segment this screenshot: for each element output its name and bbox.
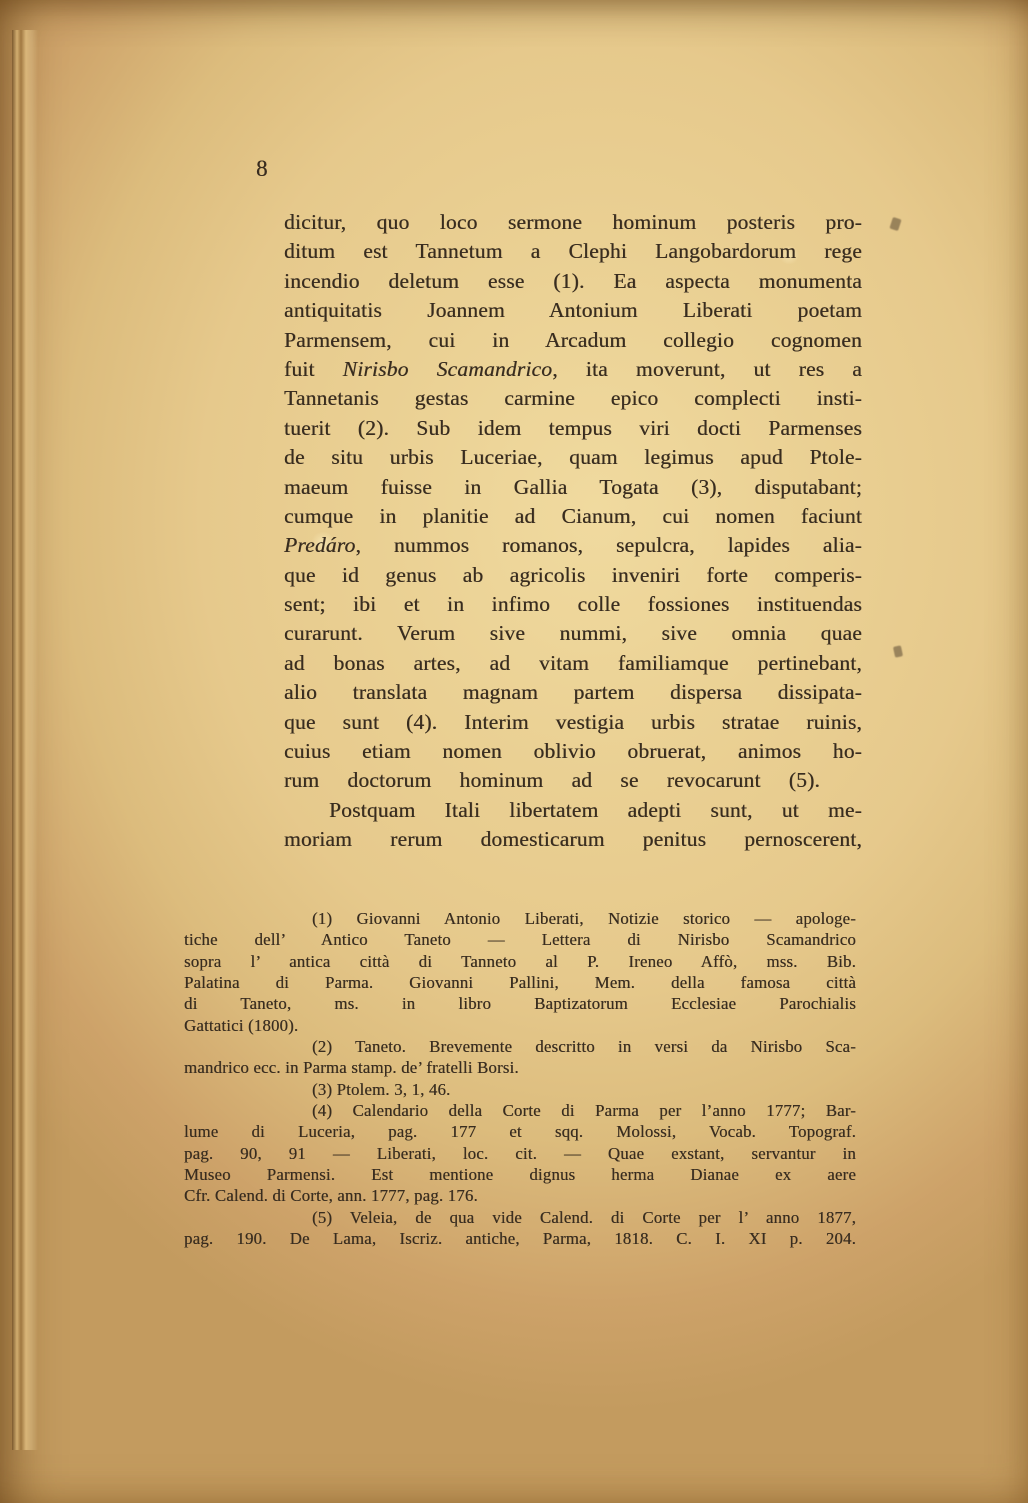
body-text-line: dicitur, quo loco sermone hominum poster… — [284, 208, 862, 237]
footnote-line: (2) Taneto. Brevemente descritto in vers… — [184, 1036, 856, 1057]
body-text-line: antiquitatis Joannem Antonium Liberati p… — [284, 296, 862, 325]
body-text-block: dicitur, quo loco sermone hominum poster… — [284, 208, 862, 855]
footnote-line: (5) Veleia, de qua vide Calend. di Corte… — [184, 1207, 856, 1228]
body-text-line: incendio deletum esse (1). Ea aspecta mo… — [284, 267, 862, 296]
body-text-line: Tannetanis gestas carmine epico complect… — [284, 384, 862, 413]
footnotes-block: (1) Giovanni Antonio Liberati, Notizie s… — [184, 908, 856, 1250]
footnote-line: Palatina di Parma. Giovanni Pallini, Mem… — [184, 972, 856, 993]
body-text-line: que id genus ab agricolis inveniri forte… — [284, 561, 862, 590]
body-text-line: Parmensem, cui in Arcadum collegio cogno… — [284, 326, 862, 355]
body-text-line: cumque in planitie ad Cianum, cui nomen … — [284, 502, 862, 531]
body-text-line: moriam rerum domesticarum penitus pernos… — [284, 825, 862, 854]
body-text-line: Predáro, nummos romanos, sepulcra, lapid… — [284, 531, 862, 560]
footnote-line: mandrico ecc. in Parma stamp. de’ fratel… — [184, 1057, 856, 1078]
body-text-line: cuius etiam nomen oblivio obruerat, anim… — [284, 737, 862, 766]
footnote-line: lume di Luceria, pag. 177 et sqq. Moloss… — [184, 1121, 856, 1142]
footnote-line: (4) Calendario della Corte di Parma per … — [184, 1100, 856, 1121]
body-text-line: alio translata magnam partem dispersa di… — [284, 678, 862, 707]
body-text-line: maeum fuisse in Gallia Togata (3), dispu… — [284, 473, 862, 502]
body-text-line: rum doctorum hominum ad se revocarunt (5… — [284, 766, 862, 795]
footnote-line: (1) Giovanni Antonio Liberati, Notizie s… — [184, 908, 856, 929]
footnote-line: tiche dell’ Antico Taneto — Lettera di N… — [184, 929, 856, 950]
footnote-line: pag. 90, 91 — Liberati, loc. cit. — Quae… — [184, 1143, 856, 1164]
body-text-line: que sunt (4). Interim vestigia urbis str… — [284, 708, 862, 737]
body-text-line: sent; ibi et in infimo colle fossiones i… — [284, 590, 862, 619]
body-text-line: tuerit (2). Sub idem tempus viri docti P… — [284, 414, 862, 443]
footnote-line: Museo Parmensi. Est mentione dignus herm… — [184, 1164, 856, 1185]
footnote-line: (3) Ptolem. 3, 1, 46. — [184, 1079, 856, 1100]
body-text-line: fuit Nirisbo Scamandrico, ita moverunt, … — [284, 355, 862, 384]
footnote-line: di Taneto, ms. in libro Baptizatorum Ecc… — [184, 993, 856, 1014]
body-text-line: ad bonas artes, ad vitam familiamque per… — [284, 649, 862, 678]
page-content: 8 dicitur, quo loco sermone hominum post… — [0, 0, 1028, 1503]
body-text-line: Postquam Itali libertatem adepti sunt, u… — [284, 796, 862, 825]
footnote-line: pag. 190. De Lama, Iscriz. antiche, Parm… — [184, 1228, 856, 1249]
body-text-line: de situ urbis Luceriae, quam legimus apu… — [284, 443, 862, 472]
page-number: 8 — [256, 156, 268, 182]
body-text-line: curarunt. Verum sive nummi, sive omnia q… — [284, 619, 862, 648]
body-text-line: ditum est Tannetum a Clephi Langobardoru… — [284, 237, 862, 266]
footnote-line: sopra l’ antica città di Tanneto al P. I… — [184, 951, 856, 972]
scan-backdrop: 8 dicitur, quo loco sermone hominum post… — [0, 0, 1028, 1503]
footnote-line: Gattatici (1800). — [184, 1015, 856, 1036]
footnote-line: Cfr. Calend. di Corte, ann. 1777, pag. 1… — [184, 1185, 856, 1206]
